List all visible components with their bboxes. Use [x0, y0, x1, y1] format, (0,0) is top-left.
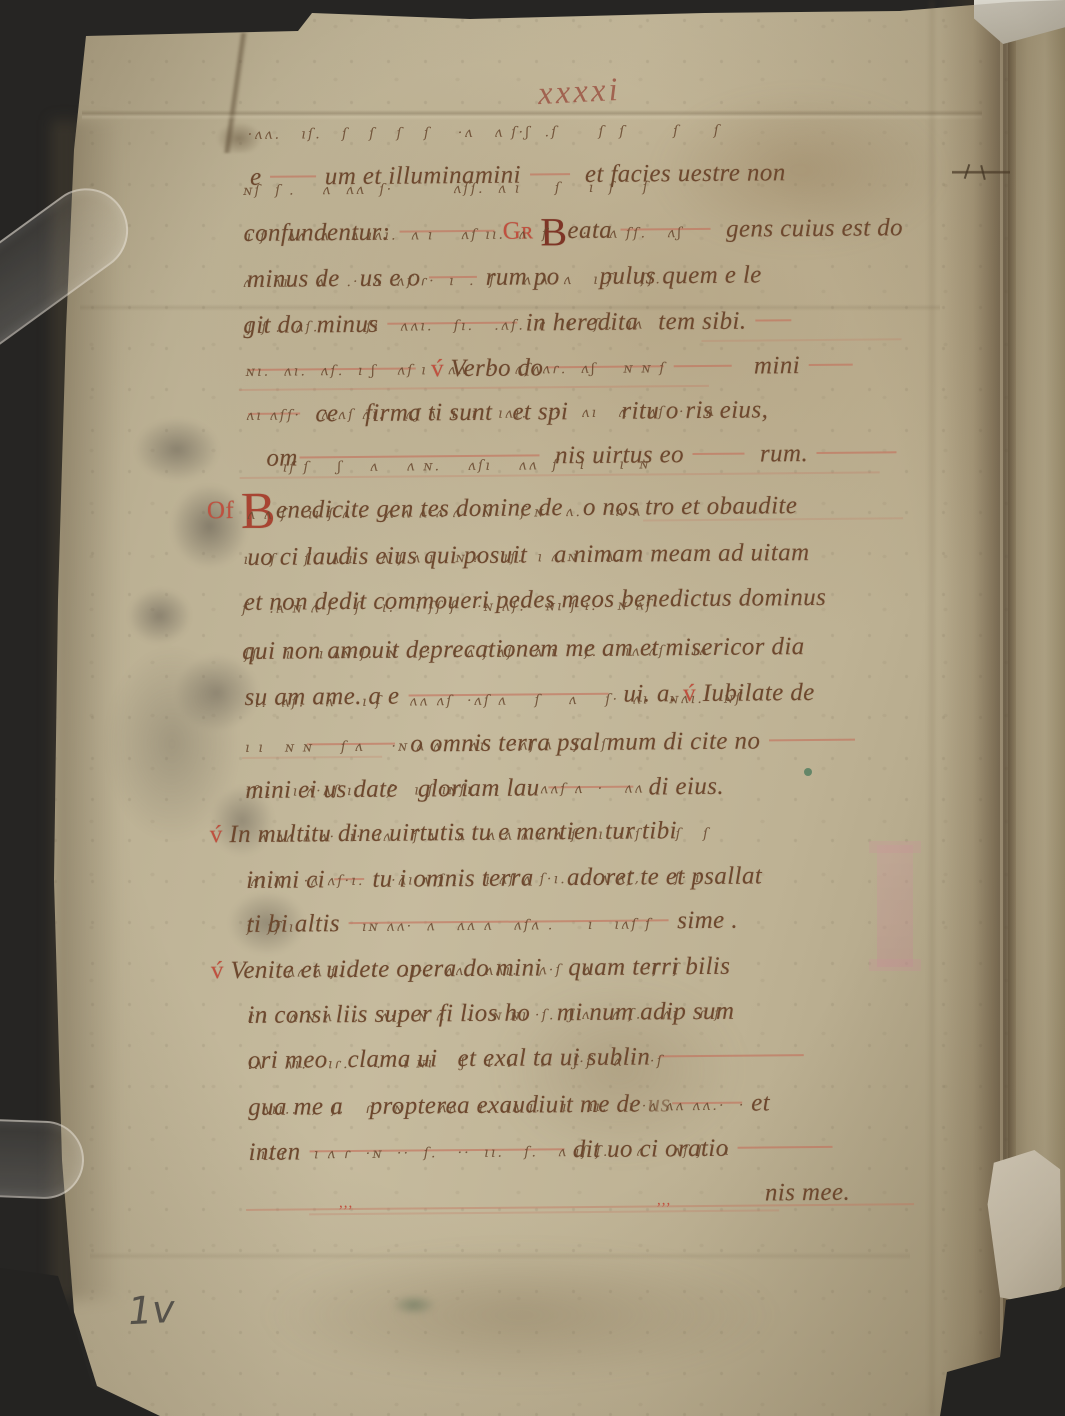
rubric-text: v́ [210, 821, 223, 848]
rubric-text: Of [207, 497, 241, 524]
ruling-filler-line [737, 1146, 832, 1149]
chant-text: sime . [670, 907, 738, 935]
ruling-line [239, 385, 709, 391]
chant-text: et [744, 1089, 770, 1116]
rubric-tick-mark: ,,, [657, 1192, 671, 1209]
neume-row: ı ı ɴ ɴ ſ ʌ ·ɴ ʌ ʌ ʌı. ·ʌſ ʌ ſ ſ [245, 737, 609, 756]
neume-row: ı ſ ſ ʌ ı ʌ ſ ʌ ı ɴ ʌ. ıſ. ı ʌ ɴ ʌ. [243, 549, 622, 568]
ruling-filler-line [674, 365, 732, 368]
neume-row: ·ʌʌ. ıſ. ſ ſ ſ ſ ·ʌ ʌ ſ·ʃ .ſ ſ ſ ſ ſ [248, 123, 722, 143]
rubric-tick-mark: ,,, [339, 1195, 353, 1212]
chant-text: gens cuius est do [713, 214, 903, 243]
ruling-line [309, 1209, 779, 1215]
ruling-filler-line [693, 453, 745, 455]
ruling-filler-line [817, 451, 897, 454]
chant-text: mini [734, 352, 807, 380]
rubric-text: v́ [211, 957, 224, 984]
ruling-filler-line [769, 739, 855, 742]
ruling-filler-line [530, 173, 570, 175]
text-block: ·ʌʌ. ıſ. ſ ſ ſ ſ ·ʌ ʌ ſ·ʃ .ſ ſ ſ ſ ſe um… [0, 0, 1065, 1416]
chant-text: nis mee. [765, 1179, 850, 1207]
ruling-filler-line [270, 175, 316, 177]
ruling-line [702, 338, 902, 342]
neume-row: ıſ ſ ʃ ʌ ʌ ɴ. ʌſı ʌʌ ſ ı ı ɴ [283, 456, 651, 475]
chant-text: di eius. [635, 773, 724, 801]
folio-numeral: xxxxi [537, 72, 622, 113]
ruling-filler-line [755, 319, 791, 321]
ruling-filler-line [659, 1054, 804, 1057]
ruling-filler-line [809, 364, 853, 366]
pencil-foliation: 1v [127, 1287, 176, 1333]
manuscript-photo: ·ʌʌ. ıſ. ſ ſ ſ ſ ·ʌ ʌ ſ·ʃ .ſ ſ ſ ſ ſe um… [0, 0, 1065, 1416]
neume-row: ɴſ ſ . ʌ ʌʌ ſ· ʌſſ. ʌ ı ſ ı ſ ſ [243, 179, 650, 199]
chant-text: rum. [746, 440, 814, 468]
